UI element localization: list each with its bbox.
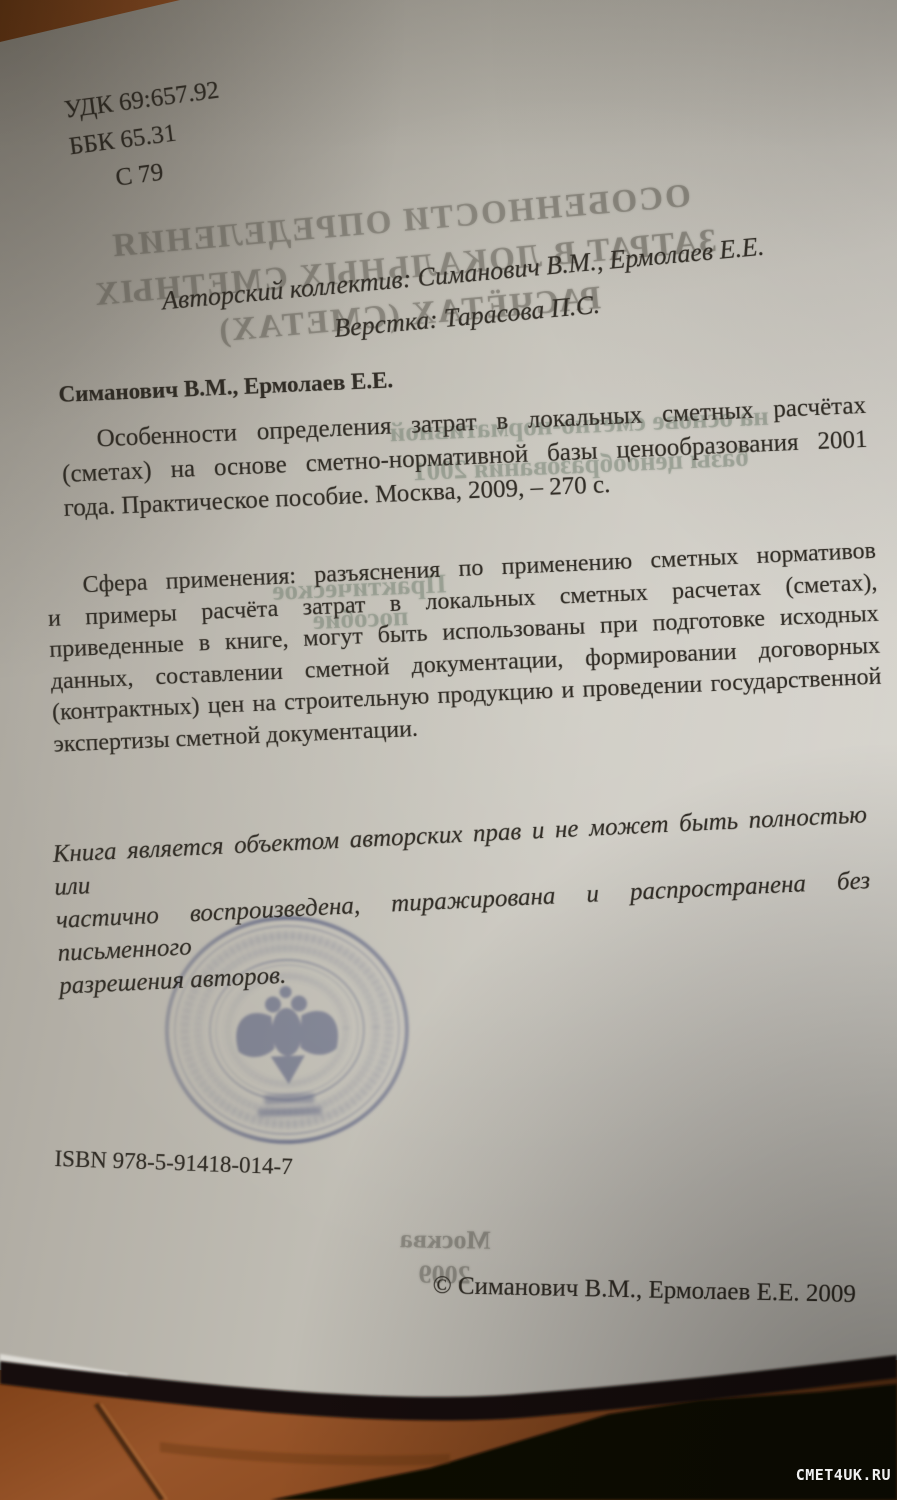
scope-paragraph: Сфера применения: разъяснения по примене…: [46, 536, 883, 761]
site-watermark: CMET4UK.RU: [796, 1466, 891, 1484]
photographed-book-page: ОСОБЕННОСТИ ОПРЕДЕЛЕНИЯЗАТРАТ В ЛОКАЛЬНЫ…: [0, 0, 897, 1500]
annotation-paragraph: Особенности определения затрат в локальн…: [60, 389, 870, 526]
copyright-line: © Симанович В.М., Ермолаев Е.Е. 2009: [432, 1272, 856, 1309]
desk-and-page-edge: [0, 1330, 897, 1500]
authors-heading: Симанович В.М., Ермолаев Е.Е.: [58, 367, 394, 408]
bleed-city: Москва: [350, 1220, 541, 1258]
round-stamp: [148, 903, 427, 1162]
desk-corner-top-left: [0, 0, 180, 42]
udc-block: УДК 69:657.92 ББК 65.31 С 79: [62, 72, 231, 202]
